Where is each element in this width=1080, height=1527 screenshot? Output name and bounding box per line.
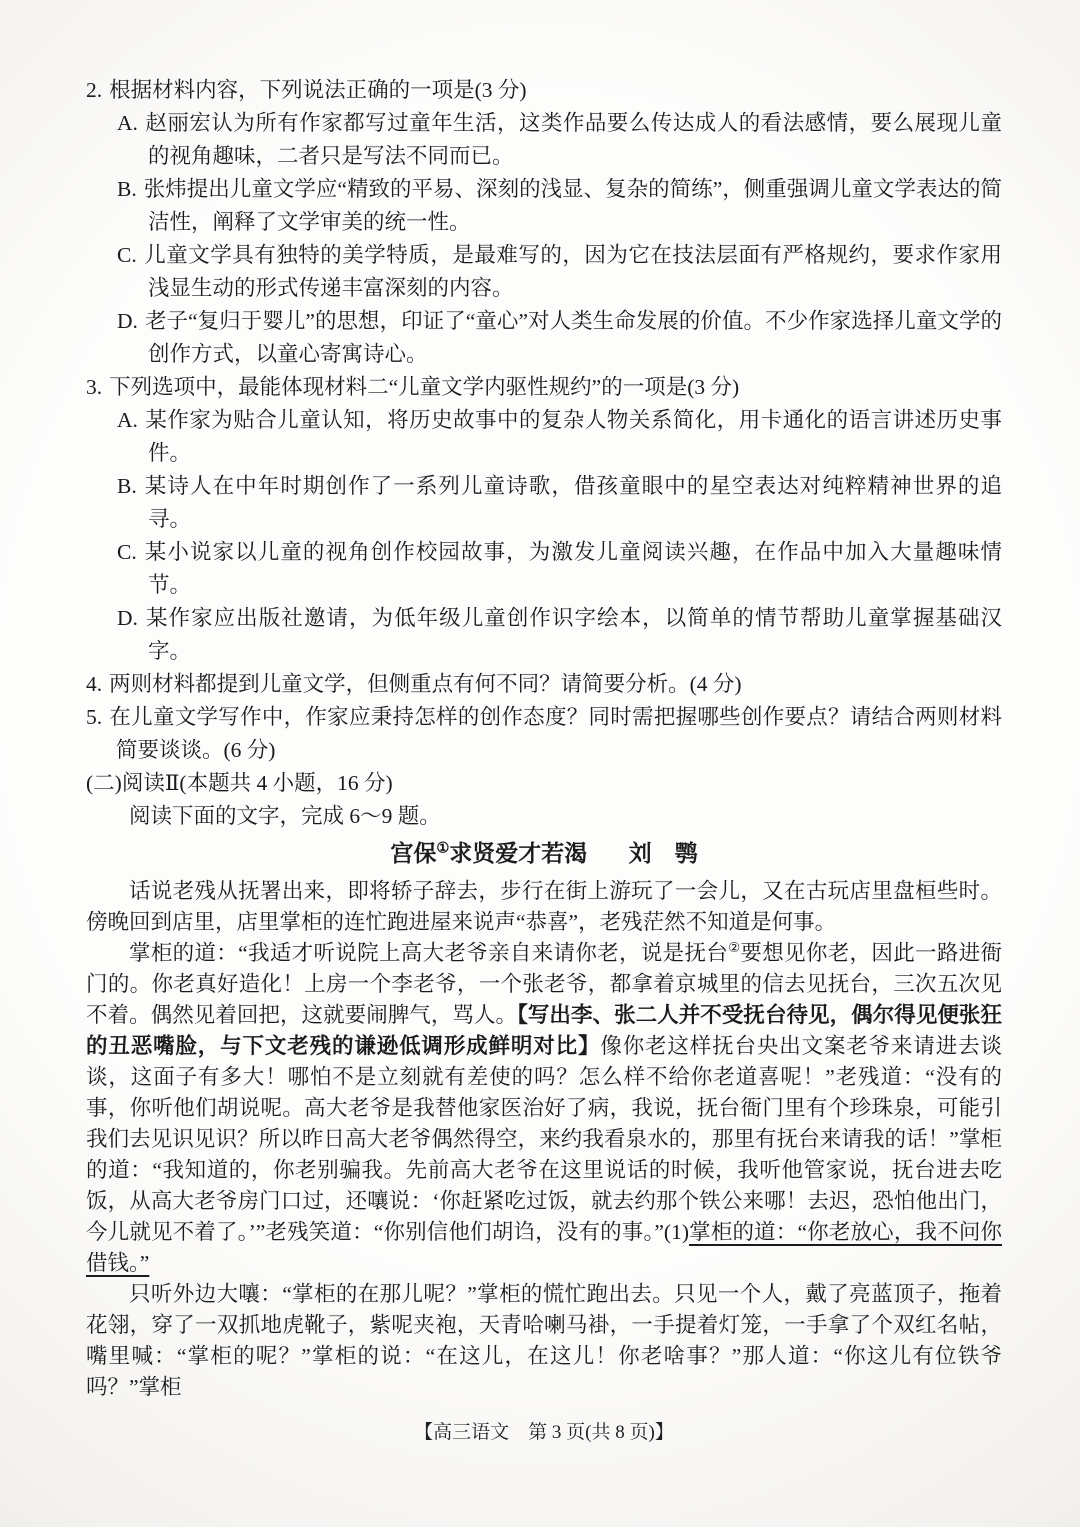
footnote-ref-1: ①: [436, 840, 449, 856]
section-heading: (二)阅读Ⅱ(本题共 4 小题，16 分): [86, 767, 1002, 800]
exam-page: 2.根据材料内容，下列说法正确的一项是(3 分) A.赵丽宏认为所有作家都写过童…: [0, 0, 1080, 1527]
question-3-option-d: D.某作家应出版社邀请，为低年级儿童创作识字绘本，以简单的情节帮助儿童掌握基础汉…: [86, 602, 1002, 668]
question-stem-text: 在儿童文学写作中，作家应秉持怎样的创作态度？同时需把握哪些创作要点？请结合两则材…: [109, 705, 1002, 762]
page-content: 2.根据材料内容，下列说法正确的一项是(3 分) A.赵丽宏认为所有作家都写过童…: [0, 0, 1080, 1446]
question-stem-text: 两则材料都提到儿童文学，但侧重点有何不同？请简要分析。(4 分): [109, 672, 741, 696]
passage-title: 宫保①求贤爱才若渴刘 鹗: [86, 835, 1002, 873]
question-2-option-b: B.张炜提出儿童文学应“精致的平易、深刻的浅显、复杂的简练”，侧重强调儿童文学表…: [86, 173, 1002, 239]
option-label: B.: [117, 474, 144, 498]
question-2-option-a: A.赵丽宏认为所有作家都写过童年生活，这类作品要么传达成人的看法感情，要么展现儿…: [86, 107, 1002, 173]
paragraph-text: 掌柜的道：“我适才听说院上高大老爷亲自来请你老，说是抚台: [129, 941, 728, 965]
passage-title-rest: 求贤爱才若渴: [449, 841, 587, 866]
page-footer: 【高三语文 第 3 页(共 8 页)】: [86, 1420, 1002, 1446]
question-2-option-c: C.儿童文学具有独特的美学特质，是最难写的，因为它在技法层面有严格规约，要求作家…: [86, 239, 1002, 305]
question-3-option-b: B.某诗人在中年时期创作了一系列儿童诗歌，借孩童眼中的星空表达对纯粹精神世界的追…: [86, 470, 1002, 536]
question-number: 2.: [86, 78, 109, 102]
option-label: C.: [117, 540, 144, 564]
option-text: 张炜提出儿童文学应“精致的平易、深刻的浅显、复杂的简练”，侧重强调儿童文学表达的…: [144, 177, 1002, 234]
section-instruction: 阅读下面的文字，完成 6～9 题。: [86, 800, 1002, 833]
option-text: 儿童文学具有独特的美学特质，是最难写的，因为它在技法层面有严格规约，要求作家用浅…: [144, 243, 1002, 300]
option-text: 某作家应出版社邀请，为低年级儿童创作识字绘本，以简单的情节帮助儿童掌握基础汉字。: [145, 606, 1002, 663]
question-4: 4.两则材料都提到儿童文学，但侧重点有何不同？请简要分析。(4 分): [86, 668, 1002, 701]
passage-author: 刘 鹗: [629, 841, 698, 866]
question-5: 5.在儿童文学写作中，作家应秉持怎样的创作态度？同时需把握哪些创作要点？请结合两…: [86, 701, 1002, 767]
question-3-option-a: A.某作家为贴合儿童认知，将历史故事中的复杂人物关系简化，用卡通化的语言讲述历史…: [86, 404, 1002, 470]
question-4-stem: 4.两则材料都提到儿童文学，但侧重点有何不同？请简要分析。(4 分): [86, 668, 1002, 701]
option-label: C.: [117, 243, 144, 267]
sentence-marker-1: (1): [664, 1220, 689, 1244]
question-number: 5.: [86, 705, 109, 729]
option-text: 老子“复归于婴儿”的思想，印证了“童心”对人类生命发展的价值。不少作家选择儿童文…: [145, 309, 1002, 366]
option-label: D.: [117, 309, 145, 333]
option-text: 某小说家以儿童的视角创作校园故事，为激发儿童阅读兴趣，在作品中加入大量趣味情节。: [144, 540, 1002, 597]
option-label: A.: [117, 111, 145, 135]
question-3-option-c: C.某小说家以儿童的视角创作校园故事，为激发儿童阅读兴趣，在作品中加入大量趣味情…: [86, 536, 1002, 602]
option-label: D.: [117, 606, 145, 630]
paragraph-text: 像你老这样抚台央出文案老爷来请进去谈谈，这面子有多大！哪怕不是立刻就有差使的吗？…: [86, 1034, 1002, 1244]
passage-paragraph-2: 掌柜的道：“我适才听说院上高大老爷亲自来请你老，说是抚台②要想见你老，因此一路进…: [86, 938, 1002, 1279]
passage-title-main: 宫保: [390, 841, 436, 866]
question-2-stem: 2.根据材料内容，下列说法正确的一项是(3 分): [86, 74, 1002, 107]
question-stem-text: 根据材料内容，下列说法正确的一项是(3 分): [109, 78, 526, 102]
question-number: 3.: [86, 375, 109, 399]
option-label: A.: [117, 408, 145, 432]
option-text: 某作家为贴合儿童认知，将历史故事中的复杂人物关系简化，用卡通化的语言讲述历史事件…: [145, 408, 1002, 465]
passage-paragraph-1: 话说老残从抚署出来，即将轿子辞去，步行在街上游玩了一会儿，又在古玩店里盘桓些时。…: [86, 876, 1002, 938]
question-stem-text: 下列选项中，最能体现材料二“儿童文学内驱性规约”的一项是(3 分): [109, 375, 739, 399]
footnote-ref-2: ②: [728, 940, 740, 955]
question-5-stem: 5.在儿童文学写作中，作家应秉持怎样的创作态度？同时需把握哪些创作要点？请结合两…: [86, 701, 1002, 767]
question-number: 4.: [86, 672, 109, 696]
question-3-stem: 3.下列选项中，最能体现材料二“儿童文学内驱性规约”的一项是(3 分): [86, 371, 1002, 404]
option-label: B.: [117, 177, 144, 201]
question-2: 2.根据材料内容，下列说法正确的一项是(3 分) A.赵丽宏认为所有作家都写过童…: [86, 74, 1002, 371]
passage-paragraph-3: 只听外边大嚷：“掌柜的在那儿呢？”掌柜的慌忙跑出去。只见一个人，戴了亮蓝顶子，拖…: [86, 1279, 1002, 1403]
question-3: 3.下列选项中，最能体现材料二“儿童文学内驱性规约”的一项是(3 分) A.某作…: [86, 371, 1002, 668]
option-text: 赵丽宏认为所有作家都写过童年生活，这类作品要么传达成人的看法感情，要么展现儿童的…: [145, 111, 1002, 168]
question-2-option-d: D.老子“复归于婴儿”的思想，印证了“童心”对人类生命发展的价值。不少作家选择儿…: [86, 305, 1002, 371]
option-text: 某诗人在中年时期创作了一系列儿童诗歌，借孩童眼中的星空表达对纯粹精神世界的追寻。: [144, 474, 1002, 531]
